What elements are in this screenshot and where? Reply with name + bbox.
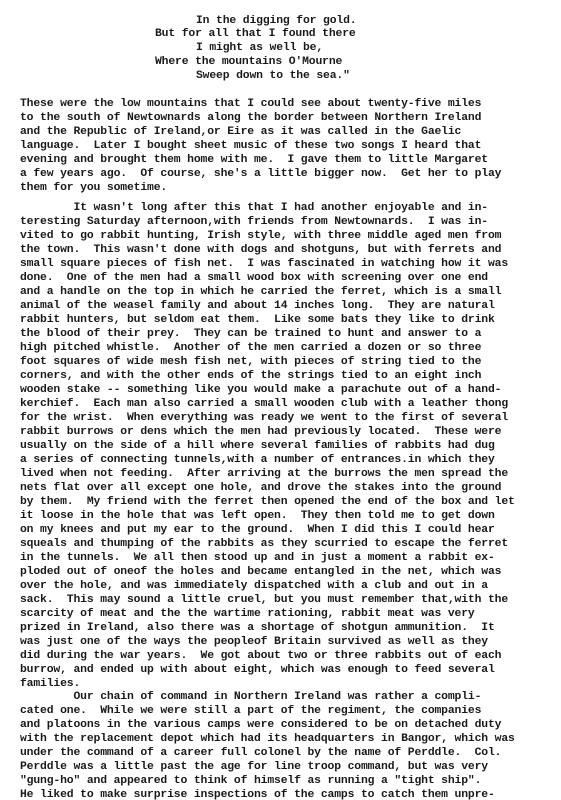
text-line: These were the low mountains that I coul… xyxy=(20,97,481,111)
text-line: teresting Saturday afternoon,with friend… xyxy=(20,215,488,229)
text-line: cated one. While we were still a part of… xyxy=(20,704,481,718)
text-line: small square pieces of fish net. I was f… xyxy=(20,257,508,271)
text-line: a series of connecting tunnels,with a nu… xyxy=(20,453,495,467)
verse-line: Where the mountains O'Mourne xyxy=(155,55,342,69)
text-line: scarcity of meat and the the wartime rat… xyxy=(20,607,475,621)
text-line: vited to go rabbit hunting, Irish style,… xyxy=(20,229,501,243)
text-line: them for you sometime. xyxy=(20,181,167,195)
text-line: it loose in the hole that was left open.… xyxy=(20,509,495,523)
text-line: burrow, and ended up with about eight, w… xyxy=(20,663,495,677)
text-line: high pitched whistle. Another of the men… xyxy=(20,341,481,355)
text-line: animal of the weasel family and about 14… xyxy=(20,299,495,313)
text-line: a few years ago. Of course, she's a litt… xyxy=(20,167,501,181)
text-line: sack. This may sound a little cruel, but… xyxy=(20,593,508,607)
verse-line: But for all that I found there xyxy=(155,27,356,41)
text-line: the town. This wasn't done with dogs and… xyxy=(20,243,501,257)
text-line: kerchief. Each man also carried a small … xyxy=(20,397,508,411)
text-line: the blood of their prey. They can be tra… xyxy=(20,327,481,341)
verse-line: Sweep down to the sea." xyxy=(196,69,350,83)
text-line: was just one of the ways the peopleof Br… xyxy=(20,635,488,649)
text-line: over the hole, and was immediately dispa… xyxy=(20,579,488,593)
text-line: on my knees and put my ear to the ground… xyxy=(20,523,495,537)
text-line: rabbit burrows or dens which the men had… xyxy=(20,425,501,439)
text-line: under the command of a career full colon… xyxy=(20,746,501,760)
text-line: to the south of Newtownards along the bo… xyxy=(20,111,481,125)
text-line: in the tunnels. We all then stood up and… xyxy=(20,551,495,565)
text-line: for the wrist. When everything was ready… xyxy=(20,411,508,425)
text-line: ploded out of oneof the holes and became… xyxy=(20,565,501,579)
verse-line: I might as well be, xyxy=(196,41,323,55)
text-line: lived when not feeding. After arriving a… xyxy=(20,467,508,481)
document-page: In the digging for gold. But for all tha… xyxy=(0,0,561,800)
text-line: corners, and with the other ends of the … xyxy=(20,369,481,383)
text-line: "gung-ho" and appeared to think of himse… xyxy=(20,774,481,788)
text-line: evening and brought them home with me. I… xyxy=(20,153,488,167)
text-line: usually on the side of a hill where seve… xyxy=(20,439,495,453)
text-line: foot squares of wide mesh fish net, with… xyxy=(20,355,481,369)
text-line: It wasn't long after this that I had ano… xyxy=(20,201,488,215)
text-line: with the replacement depot which had its… xyxy=(20,732,515,746)
text-line: done. One of the men had a small wood bo… xyxy=(20,271,488,285)
text-line: and platoons in the various camps were c… xyxy=(20,718,501,732)
text-line: rabbit hunters, but seldom eat them. Lik… xyxy=(20,313,495,327)
text-line: and a handle on the top in which he carr… xyxy=(20,285,501,299)
text-line: squeals and thumping of the rabbits as t… xyxy=(20,537,508,551)
text-line: prized in Ireland, also there was a shor… xyxy=(20,621,495,635)
text-line: families. xyxy=(20,677,80,691)
text-line: did during the war years. We got about t… xyxy=(20,649,501,663)
text-line: by them. My friend with the ferret then … xyxy=(20,495,515,509)
text-line: wooden stake -- something like you would… xyxy=(20,383,501,397)
text-line: nets flat over all except one hole, and … xyxy=(20,481,501,495)
text-line: language. Later I bought sheet music of … xyxy=(20,139,481,153)
text-line: Perddle was a little past the age for li… xyxy=(20,760,488,774)
text-line: and the Republic of Ireland,or Eire as i… xyxy=(20,125,461,139)
text-line: He liked to make surprise inspections of… xyxy=(20,788,495,800)
text-line: Our chain of command in Northern Ireland… xyxy=(20,690,481,704)
verse-line: In the digging for gold. xyxy=(196,14,356,28)
